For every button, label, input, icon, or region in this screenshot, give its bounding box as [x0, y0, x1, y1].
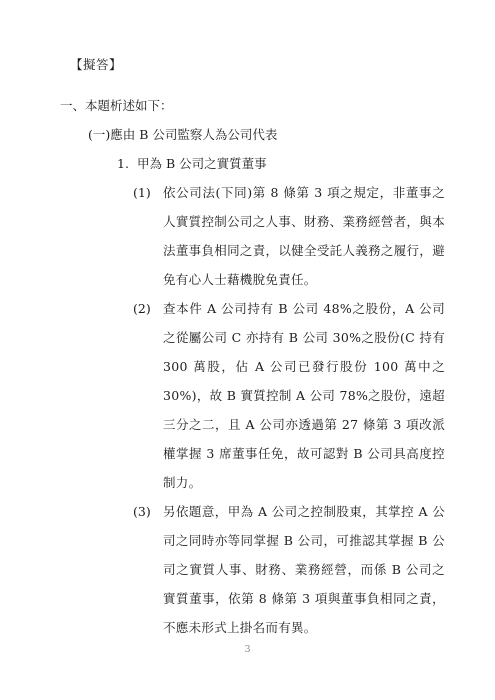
- outline-level3-title: 甲為 B 公司之實質董事: [137, 156, 267, 171]
- item-marker: (1): [133, 178, 151, 207]
- item-text: 查本件 A 公司持有 B 公司 48%之股份，A 公司之從屬公司 C 亦持有 B…: [163, 301, 445, 490]
- outline-level3-number: 1.: [117, 149, 137, 178]
- item-marker: (2): [133, 294, 151, 323]
- answer-heading: 【擬答】: [70, 50, 447, 79]
- outline-level3: 1.甲為 B 公司之實質董事: [117, 149, 447, 178]
- outline-item: (3) 另依題意，甲為 A 公司之控制股東，其掌控 A 公司之同時亦等同掌握 B…: [163, 497, 445, 642]
- outline-level2: (一)應由 B 公司監察人為公司代表: [88, 120, 447, 149]
- outline-item: (1) 依公司法(下同)第 8 條第 3 項之規定，非董事之人實質控制公司之人事…: [163, 178, 445, 294]
- outline-level1: 一、本題析述如下：: [60, 91, 447, 120]
- page-number: 3: [0, 643, 495, 657]
- outline-item: (2) 查本件 A 公司持有 B 公司 48%之股份，A 公司之從屬公司 C 亦…: [163, 294, 445, 497]
- item-text: 另依題意，甲為 A 公司之控制股東，其掌控 A 公司之同時亦等同掌握 B 公司，…: [163, 504, 445, 635]
- item-text: 依公司法(下同)第 8 條第 3 項之規定，非董事之人實質控制公司之人事、財務、…: [163, 185, 445, 287]
- document-page: 【擬答】 一、本題析述如下： (一)應由 B 公司監察人為公司代表 1.甲為 B…: [60, 50, 447, 642]
- item-marker: (3): [133, 497, 151, 526]
